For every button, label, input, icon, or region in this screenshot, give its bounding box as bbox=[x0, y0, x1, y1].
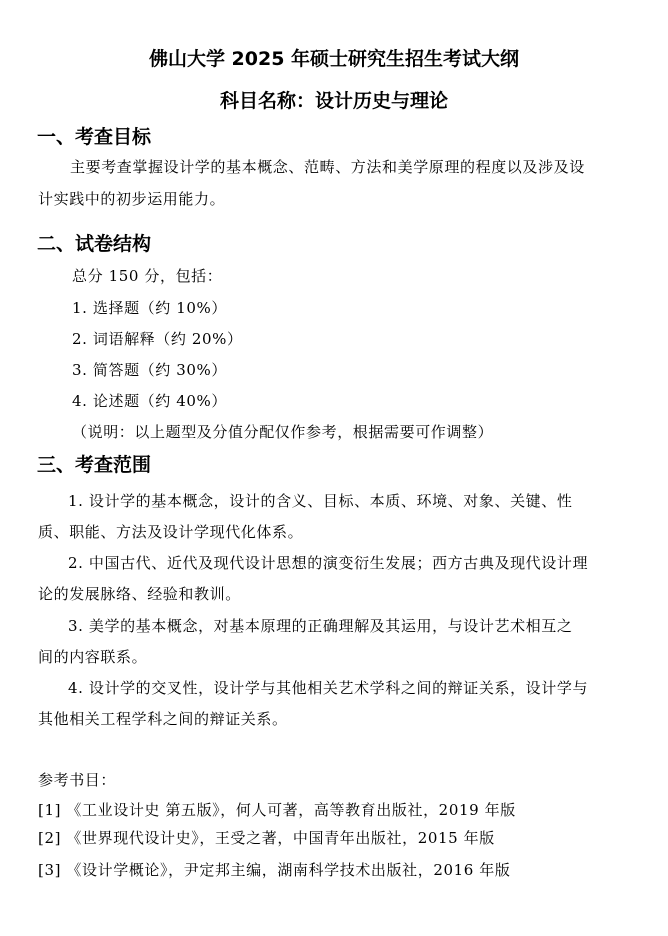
objectives-line-2: 计实践中的初步运用能力。 bbox=[38, 188, 225, 209]
objectives-line-1: 主要考查掌握设计学的基本概念、范畴、方法和美学原理的程度以及涉及设 bbox=[70, 156, 585, 177]
section-heading-scope: 三、考查范围 bbox=[37, 450, 151, 477]
scope-item-3-line-2: 间的内容联系。 bbox=[38, 646, 147, 667]
scope-item-4-line-2: 其他相关工程学科之间的辩证关系。 bbox=[38, 708, 288, 729]
scope-item-1-line-2: 质、职能、方法及设计学现代化体系。 bbox=[38, 521, 303, 542]
scope-item-2-line-1: 2. 中国古代、近代及现代设计思想的演变衍生发展；西方古典及现代设计理 bbox=[68, 552, 588, 573]
question-type-4: 4. 论述题（约 40%） bbox=[72, 390, 227, 411]
question-type-3: 3. 简答题（约 30%） bbox=[72, 359, 227, 380]
structure-note: （说明：以上题型及分值分配仅作参考，根据需要可作调整） bbox=[72, 421, 493, 442]
document-title: 佛山大学 2025 年硕士研究生招生考试大纲 bbox=[0, 44, 668, 71]
scope-item-4-line-1: 4. 设计学的交叉性，设计学与其他相关艺术学科之间的辩证关系，设计学与 bbox=[68, 677, 588, 698]
reference-item-1: [1] 《工业设计史 第五版》，何人可著，高等教育出版社，2019 年版 bbox=[38, 799, 516, 820]
section-heading-objectives: 一、考查目标 bbox=[37, 122, 151, 149]
reference-item-2: [2] 《世界现代设计史》，王受之著，中国青年出版社，2015 年版 bbox=[38, 827, 495, 848]
question-type-1: 1. 选择题（约 10%） bbox=[72, 297, 227, 318]
scope-item-1-line-1: 1. 设计学的基本概念，设计的含义、目标、本质、环境、对象、关键、性 bbox=[68, 490, 572, 511]
scope-item-2-line-2: 论的发展脉络、经验和教训。 bbox=[38, 583, 241, 604]
subject-title: 科目名称：设计历史与理论 bbox=[0, 86, 668, 113]
references-label: 参考书目： bbox=[38, 769, 116, 790]
scope-item-3-line-1: 3. 美学的基本概念，对基本原理的正确理解及其运用，与设计艺术相互之 bbox=[68, 615, 572, 636]
section-heading-structure: 二、试卷结构 bbox=[37, 229, 151, 256]
reference-item-3: [3] 《设计学概论》，尹定邦主编，湖南科学技术出版社，2016 年版 bbox=[38, 859, 510, 880]
question-type-2: 2. 词语解释（约 20%） bbox=[72, 328, 243, 349]
total-score: 总分 150 分，包括： bbox=[72, 265, 222, 286]
